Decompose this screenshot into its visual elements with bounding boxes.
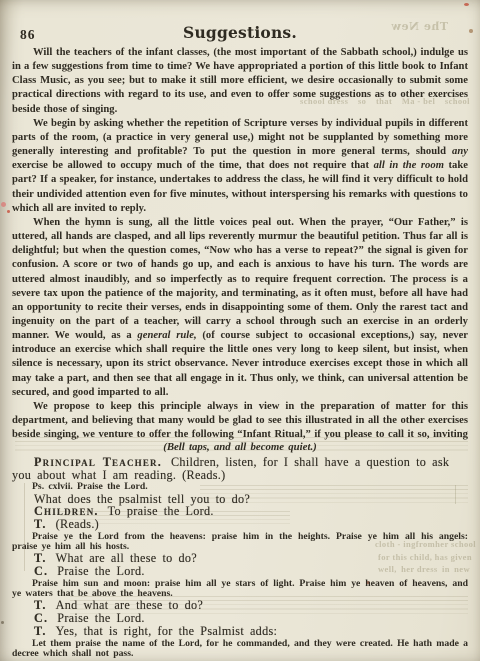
speaker-label: C. (34, 564, 48, 578)
ink-speck (7, 210, 10, 213)
dialogue-text: (Reads.) (56, 517, 99, 531)
paragraph: Will the teachers of the infant classes,… (12, 46, 468, 117)
body-text: Will the teachers of the infant classes,… (12, 46, 468, 440)
scripture-quote: Praise him sun and moon: praise him all … (12, 579, 468, 600)
speaker-label: C. (34, 611, 48, 625)
page-title: Suggestions. (0, 23, 480, 42)
ink-speck (1, 202, 6, 207)
dialogue-line: C.Praise the Lord. (12, 565, 468, 578)
scripture-quote: Praise ye the Lord from the heavens: pra… (12, 532, 468, 553)
dialogue-line: Principal Teacher.Children, listen, for … (12, 456, 468, 481)
ink-speck (1, 621, 4, 624)
dialogue-line: T.Yes, that is right, for the Psalmist a… (12, 625, 468, 638)
paragraph: We propose to keep this principle always… (12, 400, 468, 440)
paragraph: When the hymn is sung, all the little vo… (12, 216, 468, 400)
dialogue-text: To praise the Lord. (108, 504, 214, 518)
ink-speck (464, 3, 469, 6)
dialogue-text: Praise the Lord. (57, 564, 145, 578)
dialogue-text: Yes, that is right, for the Psalmist add… (56, 624, 278, 638)
stage-direction-bell: (Bell taps, and all become quiet.) (12, 441, 468, 453)
speaker-label: T. (34, 517, 47, 531)
speaker-label: T. (34, 624, 47, 638)
infant-ritual-dialogue: (Bell taps, and all become quiet.) Princ… (12, 441, 468, 659)
scripture-quote: Let them praise the name of the Lord, fo… (12, 639, 468, 660)
book-page-scan: The New school dress so that Ma - bel sc… (0, 0, 480, 661)
dialogue-line: T.(Reads.) (12, 518, 468, 531)
paragraph: We begin by asking whether the repetitio… (12, 117, 468, 216)
